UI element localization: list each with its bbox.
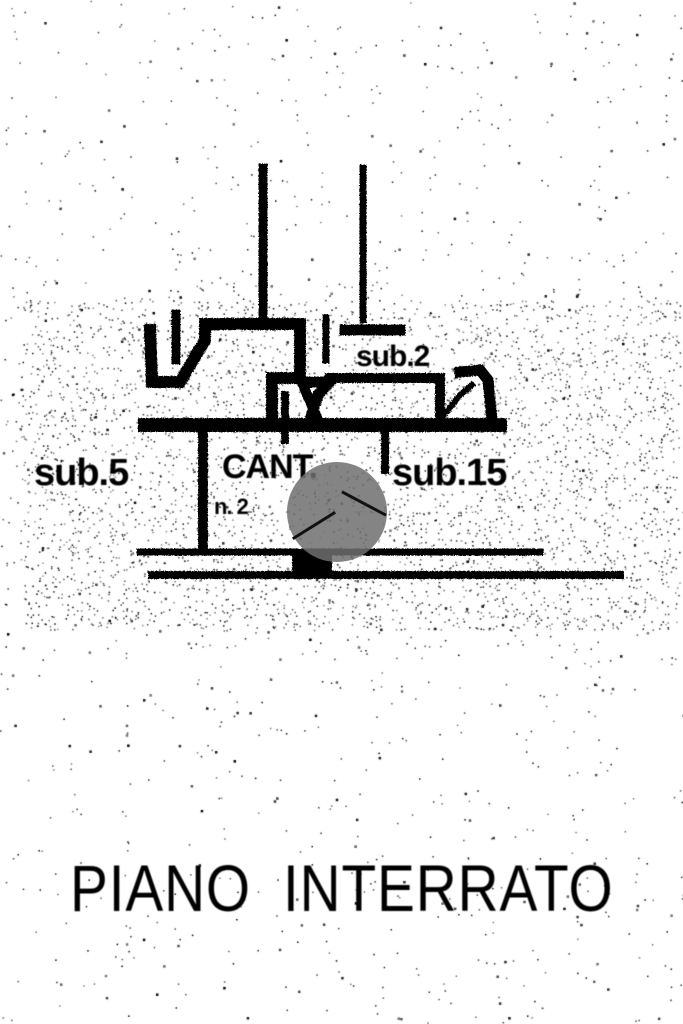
drawing-title: PIANO INTERRATO (70, 850, 613, 926)
watermark-stroke-left (292, 511, 336, 540)
watermark-stroke-right (341, 490, 387, 516)
room-label-sub5: sub.5 (34, 452, 128, 495)
room-label-cantina-number: n. 2 (214, 494, 248, 520)
room-label-sub2: sub.2 (356, 340, 429, 374)
circular-watermark-icon[interactable] (287, 462, 387, 562)
room-label-sub15: sub.15 (392, 452, 506, 495)
